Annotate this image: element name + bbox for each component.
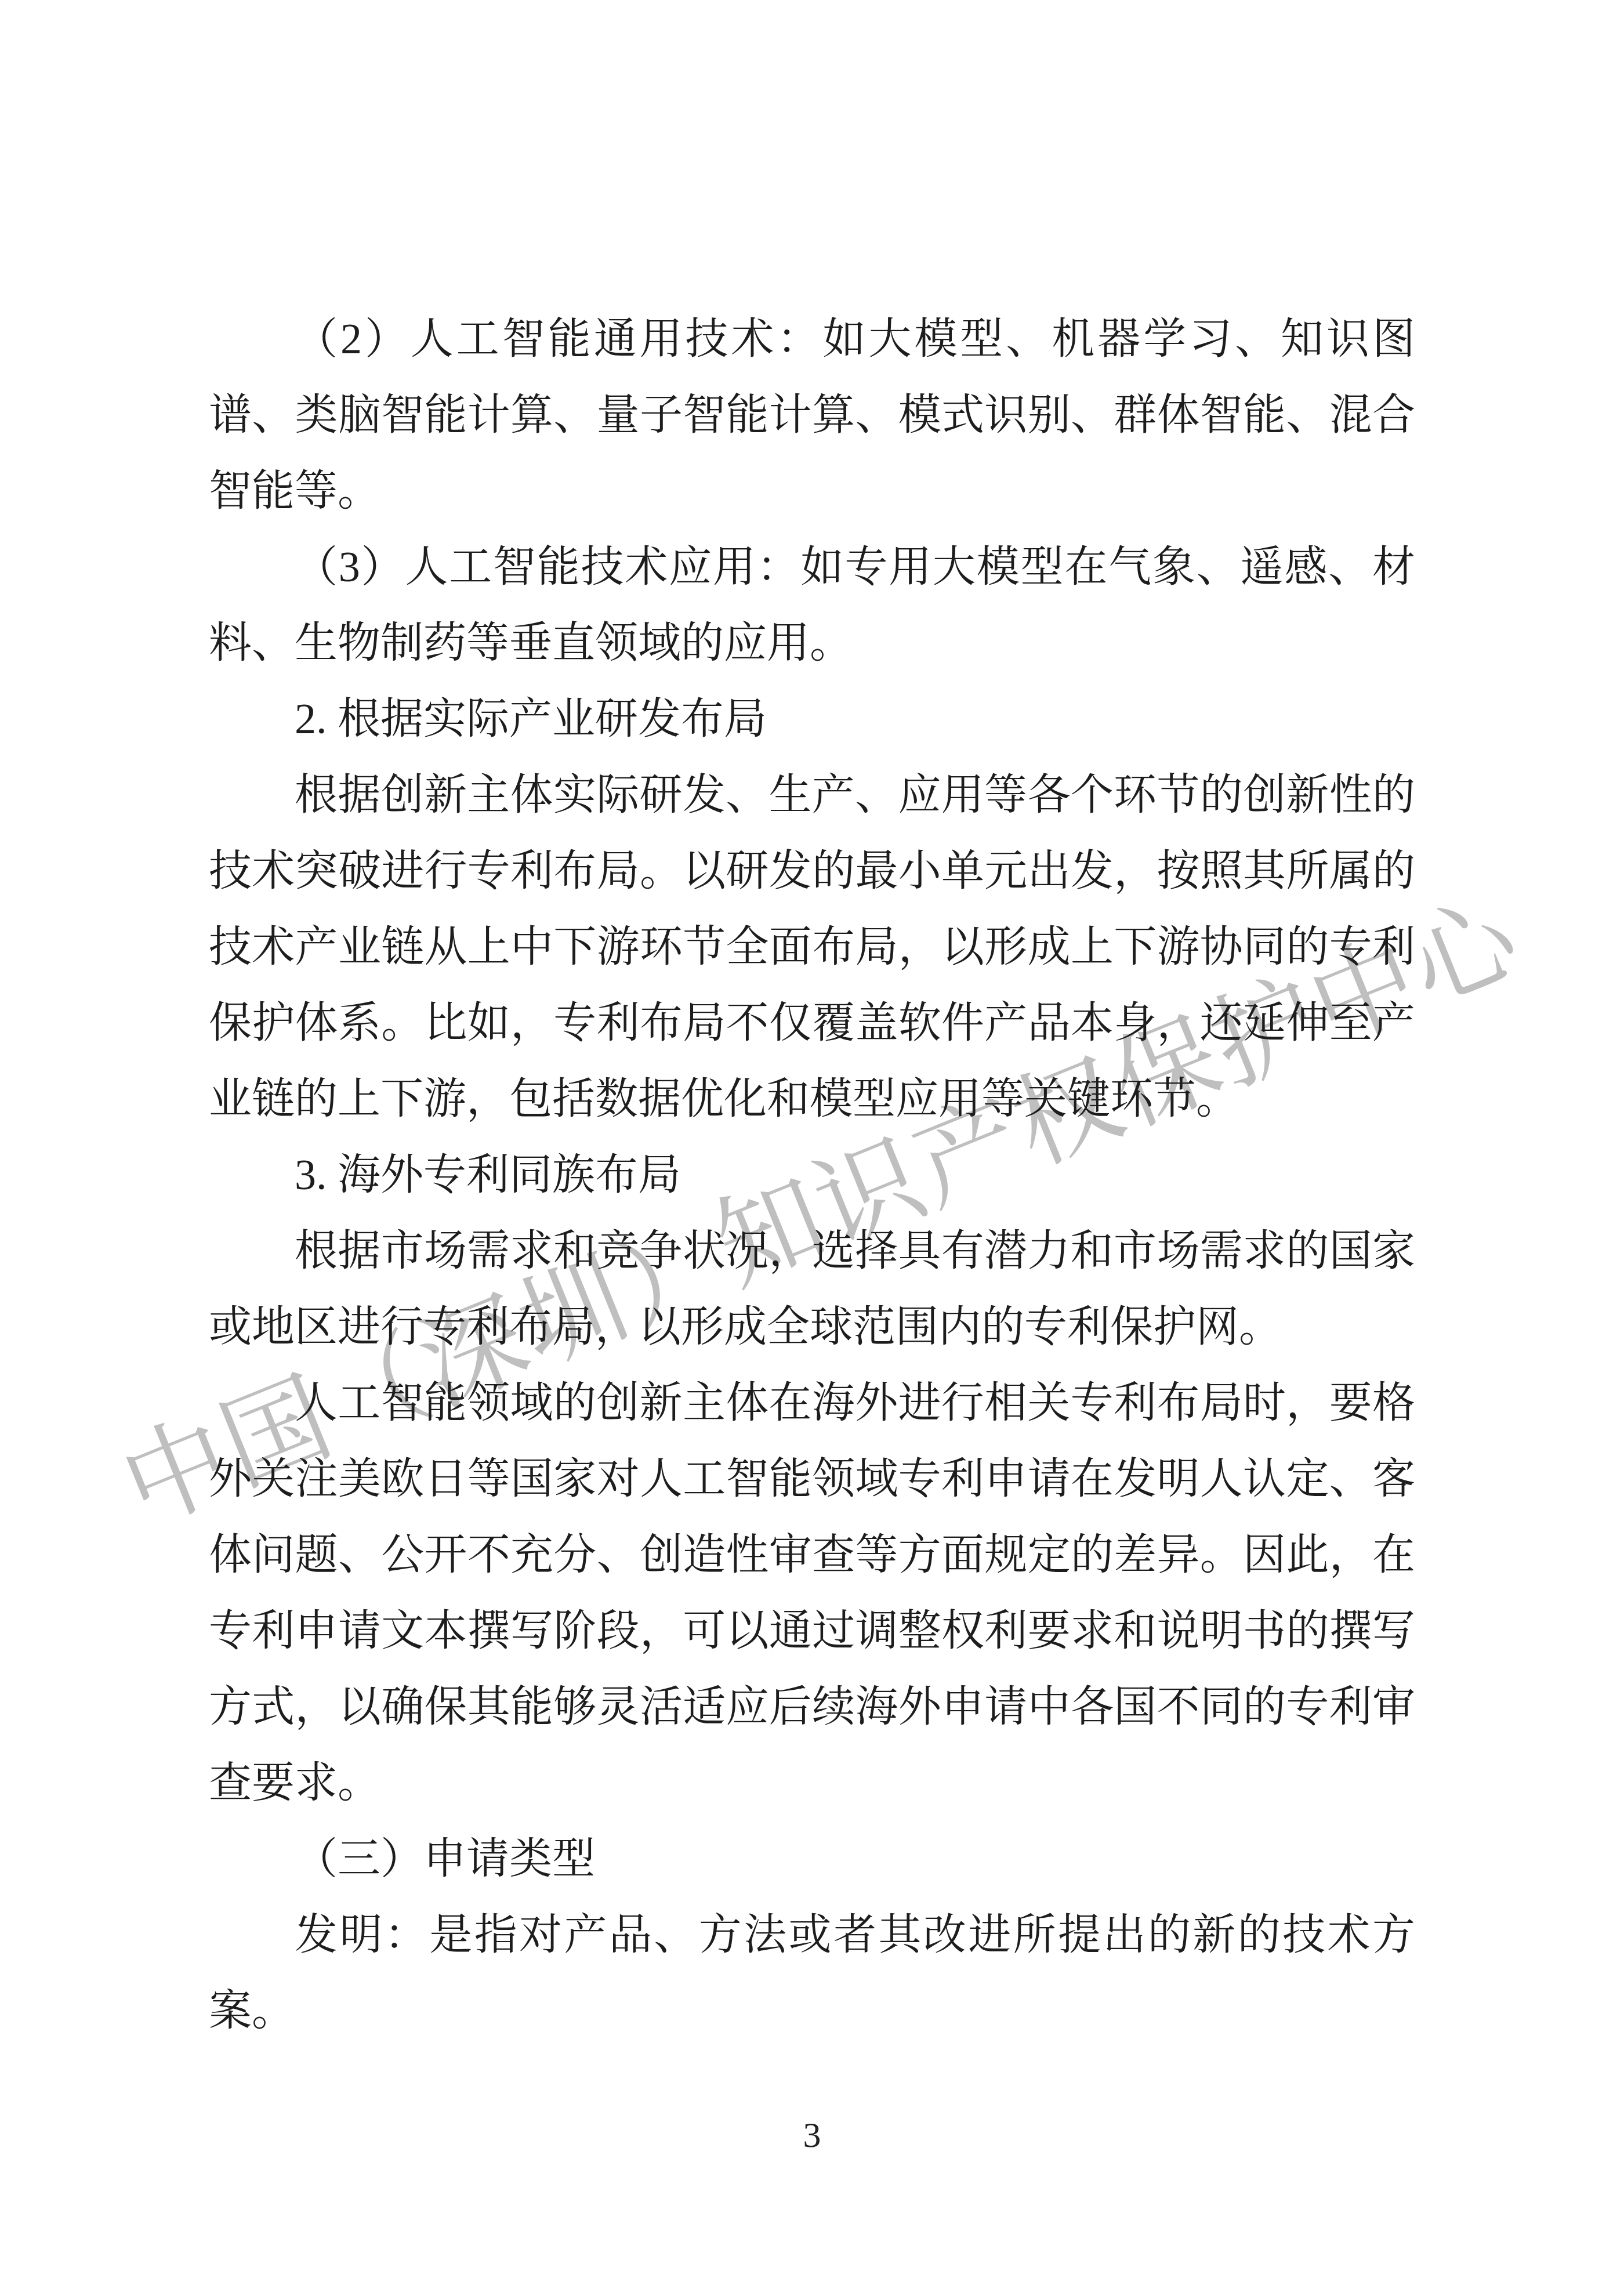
document-page: 中国（深圳）知识产权保护中心 （2）人工智能通用技术：如大模型、机器学习、知识图… [0, 0, 1624, 2296]
body-paragraph: （3）人工智能技术应用：如专用大模型在气象、遥感、材料、生物制药等垂直领域的应用… [209, 530, 1415, 682]
document-body: （2）人工智能通用技术：如大模型、机器学习、知识图谱、类脑智能计算、量子智能计算… [209, 302, 1415, 2049]
body-paragraph: （2）人工智能通用技术：如大模型、机器学习、知识图谱、类脑智能计算、量子智能计算… [209, 302, 1415, 530]
page-number: 3 [0, 2117, 1624, 2153]
body-paragraph: 根据创新主体实际研发、生产、应用等各个环节的创新性的技术突破进行专利布局。以研发… [209, 758, 1415, 1138]
section-heading: 3. 海外专利同族布局 [209, 1138, 1415, 1214]
body-paragraph: 发明：是指对产品、方法或者其改进所提出的新的技术方案。 [209, 1897, 1415, 2049]
body-paragraph: 根据市场需求和竞争状况，选择具有潜力和市场需求的国家或地区进行专利布局，以形成全… [209, 1214, 1415, 1366]
section-heading: 2. 根据实际产业研发布局 [209, 682, 1415, 758]
body-paragraph: 人工智能领域的创新主体在海外进行相关专利布局时，要格外关注美欧日等国家对人工智能… [209, 1366, 1415, 1821]
section-heading: （三）申请类型 [209, 1821, 1415, 1897]
